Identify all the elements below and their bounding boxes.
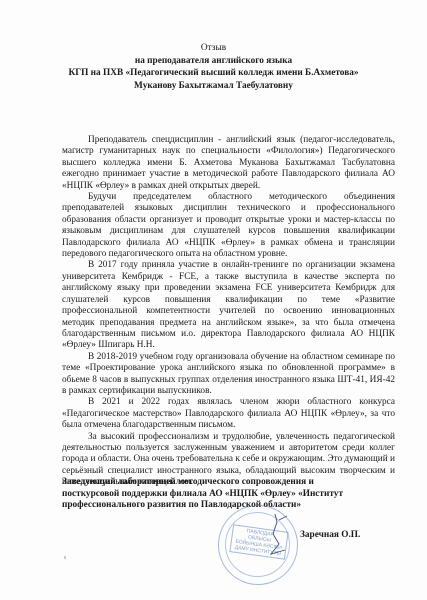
subtitle-line: на преподавателя английского языка (40, 55, 387, 68)
paragraph: В 2018-2019 учебном году организовала об… (62, 352, 395, 398)
signature-position: Заведующий лабораторией методического со… (62, 477, 382, 512)
handwritten-signature (265, 512, 295, 562)
document-page: Отзыв на преподавателя английского языка… (0, 0, 427, 600)
document-body: Преподаватель спецдисциплин - английский… (62, 135, 395, 489)
paragraph: В 2021 и 2022 годах являлась членом жюри… (62, 397, 395, 431)
position-line: посткурсовой поддержки филиала АО «НЦПК … (62, 489, 382, 501)
signer-name: Заречная О.П. (300, 530, 360, 540)
paragraph: Будучи председателем областного методиче… (62, 192, 395, 260)
position-line: Заведующий лабораторией методического со… (62, 477, 382, 489)
document-header: Отзыв на преподавателя английского языка… (40, 42, 387, 92)
subtitle-line: КГП на ПХВ «Педагогический высший коллед… (40, 67, 387, 80)
scan-artifact (64, 556, 66, 559)
paragraph: Преподаватель спецдисциплин - английский… (62, 135, 395, 192)
position-line: профессионального развития по Павлодарск… (62, 500, 382, 512)
document-title: Отзыв (40, 42, 387, 55)
paragraph: В 2017 году приняла участие в онлайн-тре… (62, 260, 395, 351)
subtitle-line: Муканову Бахытжамал Таебулатовну (40, 80, 387, 93)
